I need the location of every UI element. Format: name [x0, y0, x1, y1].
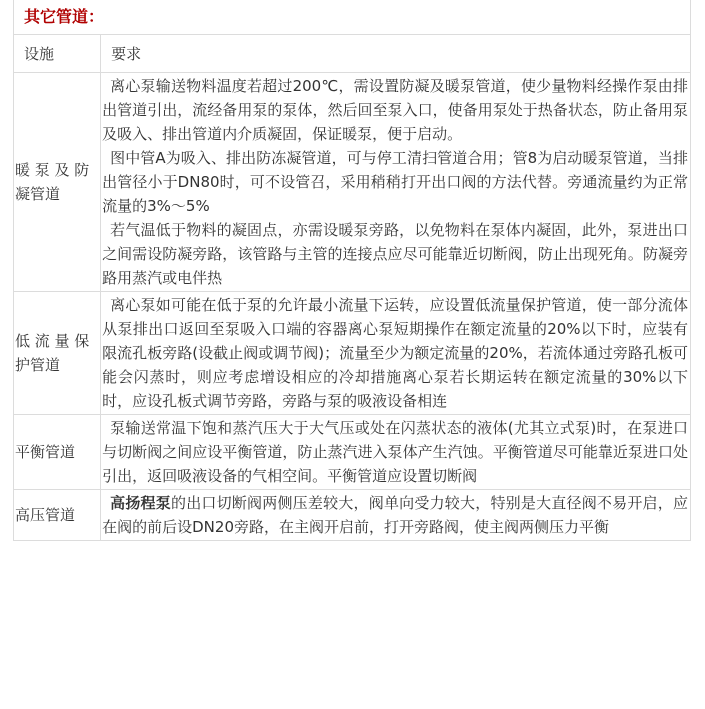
- table-row: 高压管道 高扬程泵的出口切断阀两侧压差较大，阀单向受力较大，特别是大直径阀不易开…: [14, 490, 691, 541]
- facility-cell: 高压管道: [14, 490, 101, 541]
- table-title-cell: 其它管道：: [14, 0, 691, 35]
- table-title-row: 其它管道：: [14, 0, 691, 35]
- requirement-paragraph: 图中管A为吸入、排出防冻凝管道，可与停工清扫管道合用；管8为启动暖泵管道，当排出…: [102, 146, 688, 218]
- facility-cell: 平衡管道: [14, 415, 101, 490]
- requirement-paragraph: 离心泵输送物料温度若超过200℃，需设置防凝及暖泵管道，使少量物料经操作泵由排出…: [102, 74, 688, 146]
- facility-cell: 暖 泵 及 防 凝管道: [14, 73, 101, 292]
- requirement-cell: 泵输送常温下饱和蒸汽压大于大气压或处在闪蒸状态的液体(尤其立式泵)时，在泵进口与…: [101, 415, 691, 490]
- facility-label: 平衡管道: [15, 440, 100, 464]
- table-row: 低 流 量 保 护管道 离心泵如可能在低于泵的允许最小流量下运转，应设置低流量保…: [14, 292, 691, 415]
- facility-label-line2: 凝管道: [15, 182, 100, 206]
- requirement-cell: 高扬程泵的出口切断阀两侧压差较大，阀单向受力较大，特别是大直径阀不易开启，应在阀…: [101, 490, 691, 541]
- table-row: 平衡管道 泵输送常温下饱和蒸汽压大于大气压或处在闪蒸状态的液体(尤其立式泵)时，…: [14, 415, 691, 490]
- bold-term-high-head-pump: 高扬程泵: [110, 494, 171, 512]
- requirement-text: 的出口切断阀两侧压差较大，阀单向受力较大，特别是大直径阀不易开启，应在阀的前后设…: [102, 494, 688, 536]
- requirement-cell: 离心泵输送物料温度若超过200℃，需设置防凝及暖泵管道，使少量物料经操作泵由排出…: [101, 73, 691, 292]
- header-facility: 设施: [14, 35, 101, 73]
- requirement-paragraph: 离心泵如可能在低于泵的允许最小流量下运转，应设置低流量保护管道，使一部分流体从泵…: [102, 293, 688, 413]
- facility-label: 高压管道: [15, 503, 100, 527]
- requirement-paragraph: 泵输送常温下饱和蒸汽压大于大气压或处在闪蒸状态的液体(尤其立式泵)时，在泵进口与…: [102, 416, 688, 488]
- section-title: 其它管道：: [24, 7, 104, 26]
- table-header-row: 设施 要求: [14, 35, 691, 73]
- requirement-cell: 离心泵如可能在低于泵的允许最小流量下运转，应设置低流量保护管道，使一部分流体从泵…: [101, 292, 691, 415]
- table-row: 暖 泵 及 防 凝管道 离心泵输送物料温度若超过200℃，需设置防凝及暖泵管道，…: [14, 73, 691, 292]
- pipeline-requirements-table: 其它管道： 设施 要求 暖 泵 及 防 凝管道 离心泵输送物料温度若超过200℃…: [13, 0, 691, 541]
- facility-label-line1: 低 流 量 保: [15, 329, 100, 353]
- requirement-paragraph: 若气温低于物料的凝固点，亦需设暖泵旁路，以免物料在泵体内凝固，此外，泵进出口之间…: [102, 218, 688, 290]
- header-requirement: 要求: [101, 35, 691, 73]
- facility-cell: 低 流 量 保 护管道: [14, 292, 101, 415]
- requirement-paragraph: 高扬程泵的出口切断阀两侧压差较大，阀单向受力较大，特别是大直径阀不易开启，应在阀…: [102, 491, 688, 539]
- facility-label-line2: 护管道: [15, 353, 100, 377]
- facility-label-line1: 暖 泵 及 防: [15, 158, 100, 182]
